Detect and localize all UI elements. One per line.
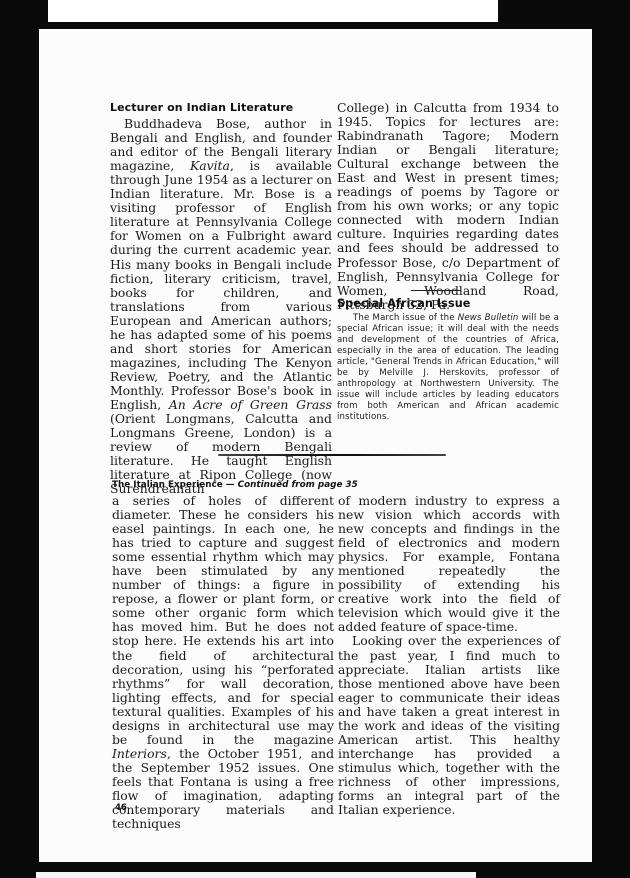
magazine-title-interiors: Interiors bbox=[112, 746, 167, 761]
african-issue-body: The March issue of the News Bulletin wil… bbox=[337, 313, 559, 423]
italian-experience-heading: The Italian Experience — Continued from … bbox=[112, 480, 512, 490]
lecturer-article-heading: Lecturer on Indian Literature bbox=[110, 101, 332, 115]
african-issue-section: Special African Issue The March issue of… bbox=[337, 297, 559, 423]
lecturer-article-paragraph: Buddhadeva Bose, author in Bengali and E… bbox=[110, 117, 332, 496]
continued-from-label: Continued from page 35 bbox=[238, 480, 358, 490]
lecturer-article-right-column: College) in Calcutta from 1934 to 1945. … bbox=[337, 101, 559, 312]
lecturer-article-continued-paragraph: College) in Calcutta from 1934 to 1945. … bbox=[337, 101, 559, 312]
book-title: An Acre of Green Grass bbox=[169, 397, 332, 412]
italian-experience-right-paragraph-1: of modern industry to express a new visi… bbox=[338, 494, 560, 634]
section-separator-rule bbox=[411, 290, 461, 291]
african-issue-heading: Special African Issue bbox=[337, 297, 559, 311]
lecturer-article-left-column: Lecturer on Indian Literature Buddhadeva… bbox=[110, 101, 332, 496]
article-divider bbox=[218, 454, 446, 456]
page-number: 46 bbox=[115, 803, 127, 813]
italian-experience-left-paragraph: a series of holes of different diameter.… bbox=[112, 494, 334, 831]
previous-page-edge bbox=[48, 0, 498, 22]
magazine-title-kavita: Kavita bbox=[190, 158, 230, 173]
italian-experience-right-column: of modern industry to express a new visi… bbox=[338, 494, 560, 817]
next-page-edge bbox=[36, 872, 476, 878]
african-issue-paragraph: The March issue of the News Bulletin wil… bbox=[337, 313, 559, 423]
publication-title: News Bulletin bbox=[458, 313, 519, 323]
italian-experience-left-column: a series of holes of different diameter.… bbox=[112, 494, 334, 831]
italian-experience-right-paragraph-2: Looking over the experiences of the past… bbox=[338, 634, 560, 817]
